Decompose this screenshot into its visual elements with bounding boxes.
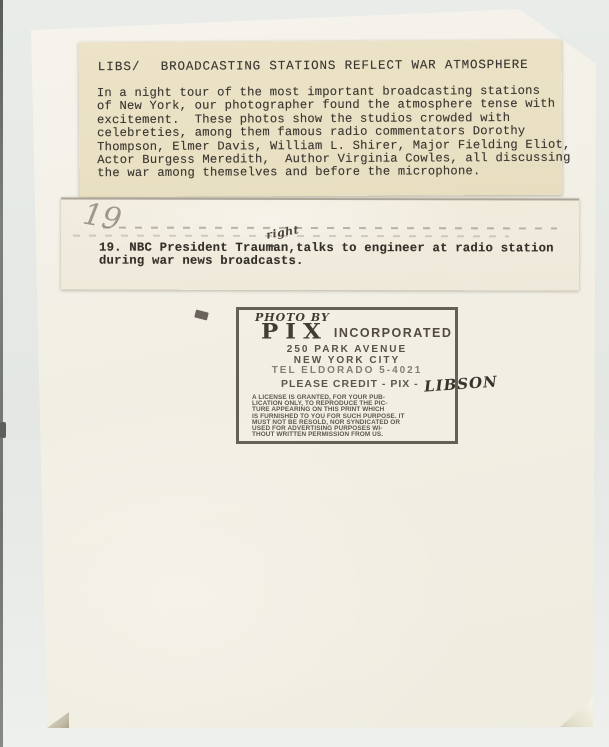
caret-mark: ^ (268, 244, 276, 255)
stamp-credit-request: PLEASE CREDIT - PIX - (281, 375, 419, 390)
cutline-text: 19. NBC President Trauman,talks to engin… (99, 242, 554, 270)
cutline-slip: 19 19. NBC President Trauman,talks to en… (61, 198, 579, 291)
stamp-agency-name: PIX (261, 321, 328, 342)
caption-line: the war among themselves and before the … (97, 165, 570, 181)
handwritten-number: 19 (80, 197, 124, 238)
scanner-edge-shadow (0, 0, 3, 747)
cutline-line1-after: talks to engineer at radio station (296, 241, 554, 255)
scanner-edge-smudge (0, 422, 6, 438)
license-line: THOUT WRITTEN PERMISSION FROM US. (252, 432, 446, 438)
handwritten-credit-name: LIBSON (423, 372, 498, 395)
cutline-line1-before: 19. NBC President Trauman, (99, 241, 296, 255)
caption-slug: LIBS/ (98, 61, 141, 75)
cutline-line-2: during war news broadcasts. (99, 255, 554, 269)
stamp-credit-row: PLEASE CREDIT - PIX - LIBSON (281, 375, 498, 393)
press-photo-back-scan: LIBS/ BROADCASTING STATIONS REFLECT WAR … (0, 0, 609, 747)
caption-body: In a night tour of the most important br… (97, 85, 571, 181)
crease-mark (103, 227, 557, 230)
stamp-license-text: A LICENSE IS GRANTED, FOR YOUR PUB- LICA… (252, 395, 452, 438)
caption-slip: LIBS/ BROADCASTING STATIONS REFLECT WAR … (79, 40, 563, 198)
agency-stamp: PHOTO BY PIX INCORPORATED 250 PARK AVENU… (236, 307, 458, 444)
stamp-incorporated: INCORPORATED (334, 326, 452, 342)
caption-heading: BROADCASTING STATIONS REFLECT WAR ATMOSP… (161, 59, 529, 74)
stamp-agency-row: PIX INCORPORATED (261, 319, 452, 342)
stamp-address: 250 PARK AVENUE (239, 344, 455, 355)
